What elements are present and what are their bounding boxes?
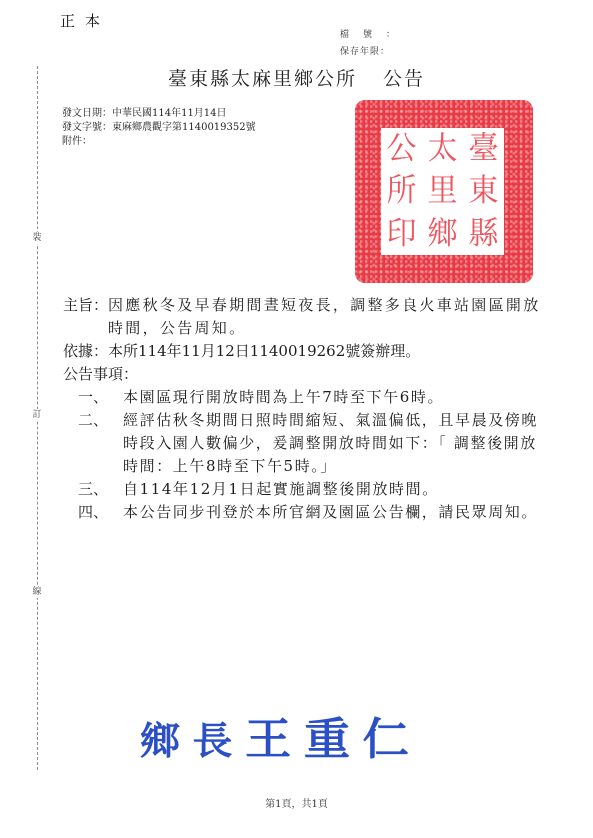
seal-char: 印 bbox=[381, 212, 422, 256]
reference-number-label: 發文字號： bbox=[62, 122, 112, 133]
announcement-item: 一、 本園區現行開放時間為上午7時至下午6時。 bbox=[63, 386, 543, 409]
reference-number-row: 發文字號：東麻鄉農觀字第1140019352號 bbox=[62, 121, 256, 135]
retention-period-label: 保存年限： bbox=[340, 47, 390, 57]
seal-char: 縣 bbox=[463, 212, 504, 256]
page-number: 第1頁，共1頁 bbox=[0, 795, 593, 810]
document-title: 臺東縣太麻里鄉公所公告 bbox=[0, 64, 593, 91]
retention-period-field: 保存年限： bbox=[340, 44, 390, 57]
items-heading: 公告事項： bbox=[63, 363, 543, 386]
issuing-organization: 臺東縣太麻里鄉公所 bbox=[168, 68, 357, 90]
issue-date-label: 發文日期： bbox=[62, 108, 112, 119]
official-seal-stamp: 臺 太 公 東 里 所 縣 鄉 印 bbox=[355, 100, 533, 283]
seal-char: 太 bbox=[422, 127, 463, 171]
announcement-body: 主旨： 因應秋冬及早春期間晝短夜長，調整多良火車站園區開放時間，公告周知。 依據… bbox=[63, 294, 543, 524]
attachment-row: 附件： bbox=[62, 135, 256, 149]
subject-paragraph: 主旨： 因應秋冬及早春期間晝短夜長，調整多良火車站園區開放時間，公告周知。 bbox=[63, 294, 543, 340]
item-number: 二、 bbox=[78, 409, 108, 432]
copy-mark: 正本 bbox=[60, 10, 110, 31]
announcement-item: 四、 本公告同步刊登於本所官網及園區公告欄，請民眾周知。 bbox=[63, 501, 543, 524]
item-number: 一、 bbox=[78, 386, 108, 409]
signature-title: 鄉長 bbox=[140, 719, 245, 763]
announcement-item: 三、 自114年12月1日起實施調整後開放時間。 bbox=[63, 478, 543, 501]
seal-char: 所 bbox=[381, 169, 422, 213]
item-text: 本園區現行開放時間為上午7時至下午6時。 bbox=[123, 388, 444, 406]
attachment-label: 附件： bbox=[62, 136, 92, 147]
mayor-signature-stamp: 鄉長王重仁 bbox=[140, 703, 421, 767]
file-number-field: 檔號： bbox=[340, 27, 409, 40]
issue-date-row: 發文日期：中華民國114年11月14日 bbox=[62, 107, 256, 121]
file-number-label: 檔號： bbox=[340, 30, 409, 40]
seal-inscription: 臺 太 公 東 里 所 縣 鄉 印 bbox=[381, 128, 504, 255]
issue-date-value: 中華民國114年11月14日 bbox=[112, 108, 227, 119]
reference-number-value: 東麻鄉農觀字第1140019352號 bbox=[112, 122, 256, 133]
item-number: 三、 bbox=[78, 478, 108, 501]
seal-char: 里 bbox=[422, 169, 463, 213]
document-type: 公告 bbox=[383, 68, 425, 90]
seal-char: 鄉 bbox=[422, 212, 463, 256]
basis-label: 依據： bbox=[63, 340, 108, 363]
seal-char: 公 bbox=[381, 127, 422, 171]
item-number: 四、 bbox=[78, 501, 108, 524]
subject-label: 主旨： bbox=[63, 294, 108, 317]
binding-char-zhuang: 裝 bbox=[30, 232, 44, 244]
item-text: 經評估秋冬期間日照時間縮短、氣溫偏低，且早晨及傍晚時段入園人數偏少，爰調整開放時… bbox=[123, 411, 538, 475]
basis-text: 本所114年11月12日1140019262號簽辦理。 bbox=[63, 340, 543, 363]
subject-text: 因應秋冬及早春期間晝短夜長，調整多良火車站園區開放時間，公告周知。 bbox=[63, 294, 543, 340]
announcement-item: 二、 經評估秋冬期間日照時間縮短、氣溫偏低，且早晨及傍晚時段入園人數偏少，爰調整… bbox=[63, 409, 543, 478]
binding-char-ding: 訂 bbox=[30, 409, 44, 421]
item-text: 自114年12月1日起實施調整後開放時間。 bbox=[123, 480, 439, 498]
seal-char: 臺 bbox=[463, 127, 504, 171]
item-text: 本公告同步刊登於本所官網及園區公告欄，請民眾周知。 bbox=[123, 503, 538, 521]
binding-char-xian: 線 bbox=[30, 586, 44, 598]
signature-name: 王重仁 bbox=[245, 714, 421, 765]
header-fields: 發文日期：中華民國114年11月14日 發文字號：東麻鄉農觀字第11400193… bbox=[62, 107, 256, 149]
basis-paragraph: 依據： 本所114年11月12日1140019262號簽辦理。 bbox=[63, 340, 543, 363]
seal-char: 東 bbox=[463, 169, 504, 213]
